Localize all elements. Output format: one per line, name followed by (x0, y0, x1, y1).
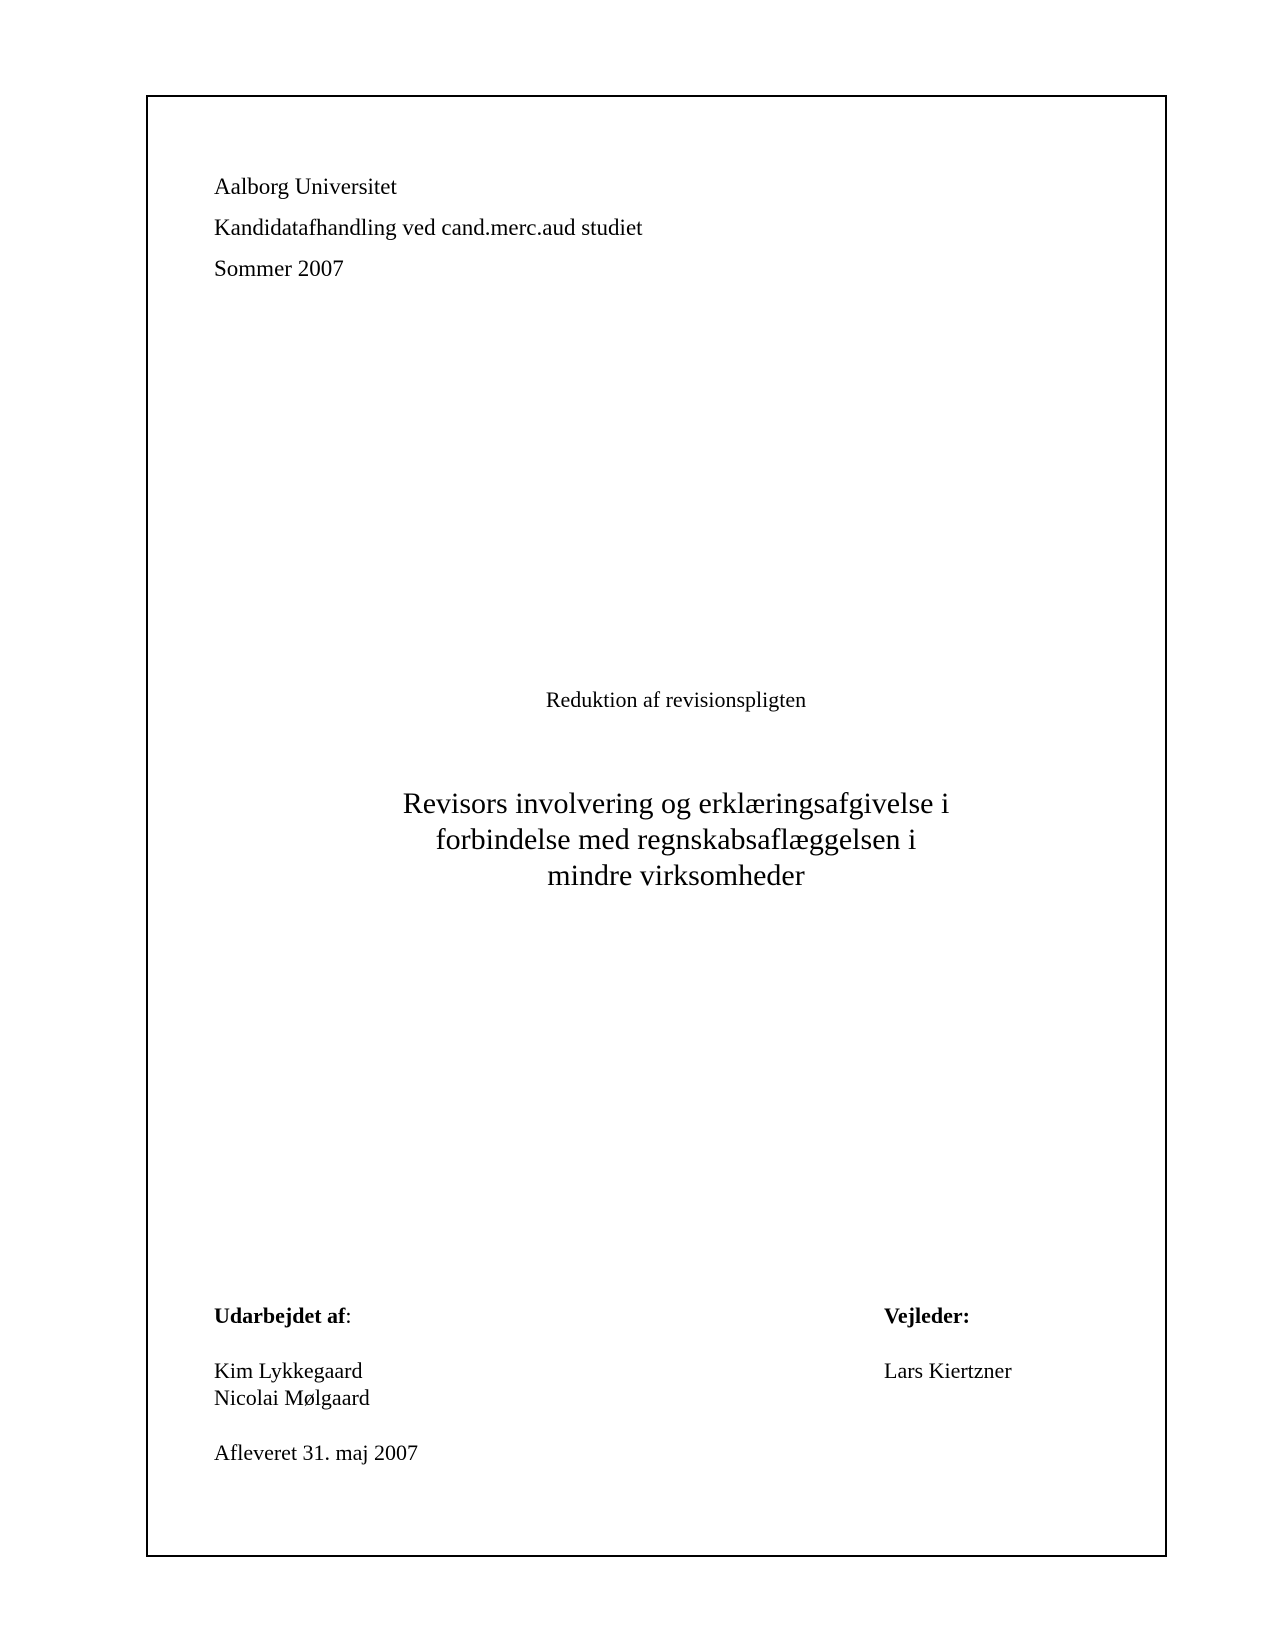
supervisor-label-text: Vejleder: (884, 1303, 970, 1328)
supervisor-label: Vejleder: (884, 1302, 970, 1330)
title-line: Revisors involvering og erklæringsafgive… (0, 786, 1275, 822)
document-title: Revisors involvering og erklæringsafgive… (0, 786, 1275, 894)
authors-label-colon: : (345, 1303, 351, 1328)
program-name: Kandidatafhandling ved cand.merc.aud stu… (214, 214, 643, 242)
authors-label-text: Udarbejdet af (214, 1303, 345, 1328)
document-subtitle: Reduktion af revisionspligten (0, 686, 1275, 714)
submission-date: Afleveret 31. maj 2007 (214, 1439, 418, 1466)
author-name: Kim Lykkegaard (214, 1357, 362, 1384)
author-name: Nicolai Mølgaard (214, 1384, 370, 1411)
authors-label: Udarbejdet af: (214, 1302, 352, 1330)
university-name: Aalborg Universitet (214, 173, 397, 201)
supervisor-name: Lars Kiertzner (884, 1357, 1012, 1384)
term: Sommer 2007 (214, 255, 344, 283)
title-line: forbindelse med regnskabsaflæggelsen i (0, 822, 1275, 858)
title-line: mindre virksomheder (0, 858, 1275, 894)
